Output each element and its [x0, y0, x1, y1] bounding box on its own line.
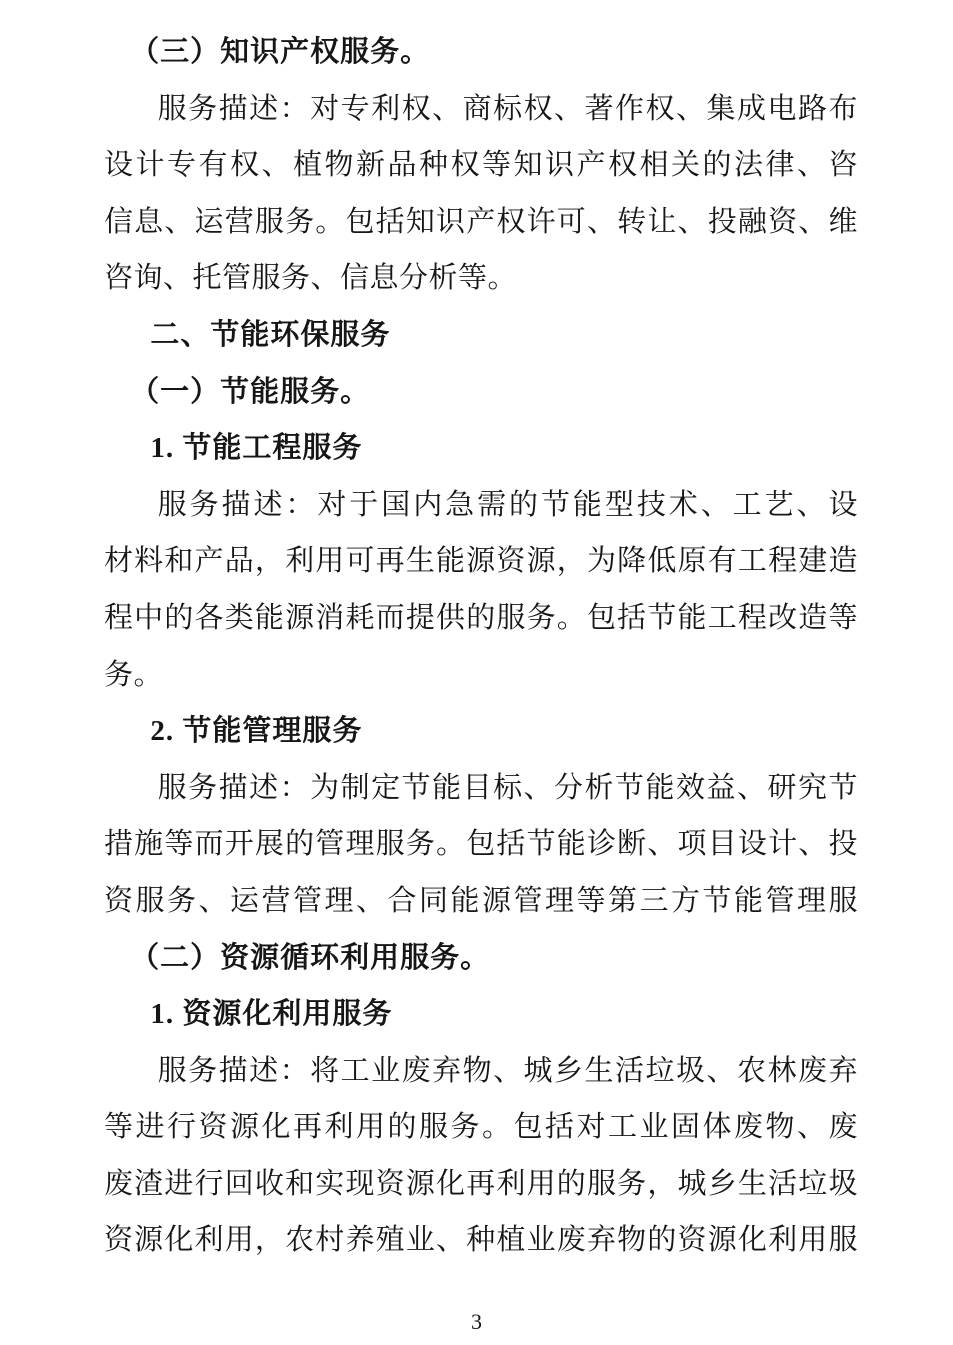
- heading-energy-saving-services: （一）节能服务。: [104, 364, 858, 421]
- heading-ip-services: （三）知识产权服务。: [104, 24, 858, 81]
- paragraph-line: 资服务、运营管理、合同能源管理等第三方节能管理服务。: [104, 873, 858, 930]
- paragraph-energy-saving-engineering: 服务描述：对于国内急需的节能型技术、工艺、设备、 材料和产品，利用可再生能源资源…: [104, 477, 858, 703]
- paragraph-line: 措施等而开展的管理服务。包括节能诊断、项目设计、投融: [104, 816, 858, 873]
- page-number: 3: [0, 1309, 953, 1335]
- paragraph-energy-saving-management: 服务描述：为制定节能目标、分析节能效益、研究节能 措施等而开展的管理服务。包括节…: [104, 760, 858, 930]
- paragraph-line: 设计专有权、植物新品种权等知识产权相关的法律、咨询、: [104, 137, 858, 194]
- paragraph-line: 资源化利用，农村养殖业、种植业废弃物的资源化利用服务，: [104, 1212, 858, 1269]
- heading-resource-recycling-services: （二）资源循环利用服务。: [104, 930, 858, 987]
- paragraph-line: 服务描述：将工业废弃物、城乡生活垃圾、农林废弃物: [104, 1043, 858, 1100]
- heading-energy-saving-engineering: 1. 节能工程服务: [104, 420, 858, 477]
- document-page: （三）知识产权服务。 服务描述：对专利权、商标权、著作权、集成电路布图 设计专有…: [0, 0, 953, 1345]
- heading-resource-utilization: 1. 资源化利用服务: [104, 986, 858, 1043]
- paragraph-line: 信息、运营服务。包括知识产权许可、转让、投融资、维权: [104, 194, 858, 251]
- paragraph-line: 服务描述：为制定节能目标、分析节能效益、研究节能: [104, 760, 858, 817]
- paragraph-line: 服务描述：对于国内急需的节能型技术、工艺、设备、: [104, 477, 858, 534]
- paragraph-line: 咨询、托管服务、信息分析等。: [104, 250, 858, 307]
- paragraph-line: 程中的各类能源消耗而提供的服务。包括节能工程改造等服: [104, 590, 858, 647]
- heading-energy-env-services: 二、节能环保服务: [104, 307, 858, 364]
- paragraph-line: 服务描述：对专利权、商标权、著作权、集成电路布图: [104, 81, 858, 138]
- paragraph-ip-services: 服务描述：对专利权、商标权、著作权、集成电路布图 设计专有权、植物新品种权等知识…: [104, 81, 858, 307]
- paragraph-line: 废渣进行回收和实现资源化再利用的服务，城乡生活垃圾的: [104, 1156, 858, 1213]
- paragraph-line: 等进行资源化再利用的服务。包括对工业固体废物、废气、: [104, 1099, 858, 1156]
- heading-energy-saving-management: 2. 节能管理服务: [104, 703, 858, 760]
- paragraph-line: 材料和产品，利用可再生能源资源，为降低原有工程建造过: [104, 533, 858, 590]
- paragraph-line: 务。: [104, 647, 858, 704]
- document-body: （三）知识产权服务。 服务描述：对专利权、商标权、著作权、集成电路布图 设计专有…: [104, 24, 858, 1269]
- paragraph-resource-utilization: 服务描述：将工业废弃物、城乡生活垃圾、农林废弃物 等进行资源化再利用的服务。包括…: [104, 1043, 858, 1269]
